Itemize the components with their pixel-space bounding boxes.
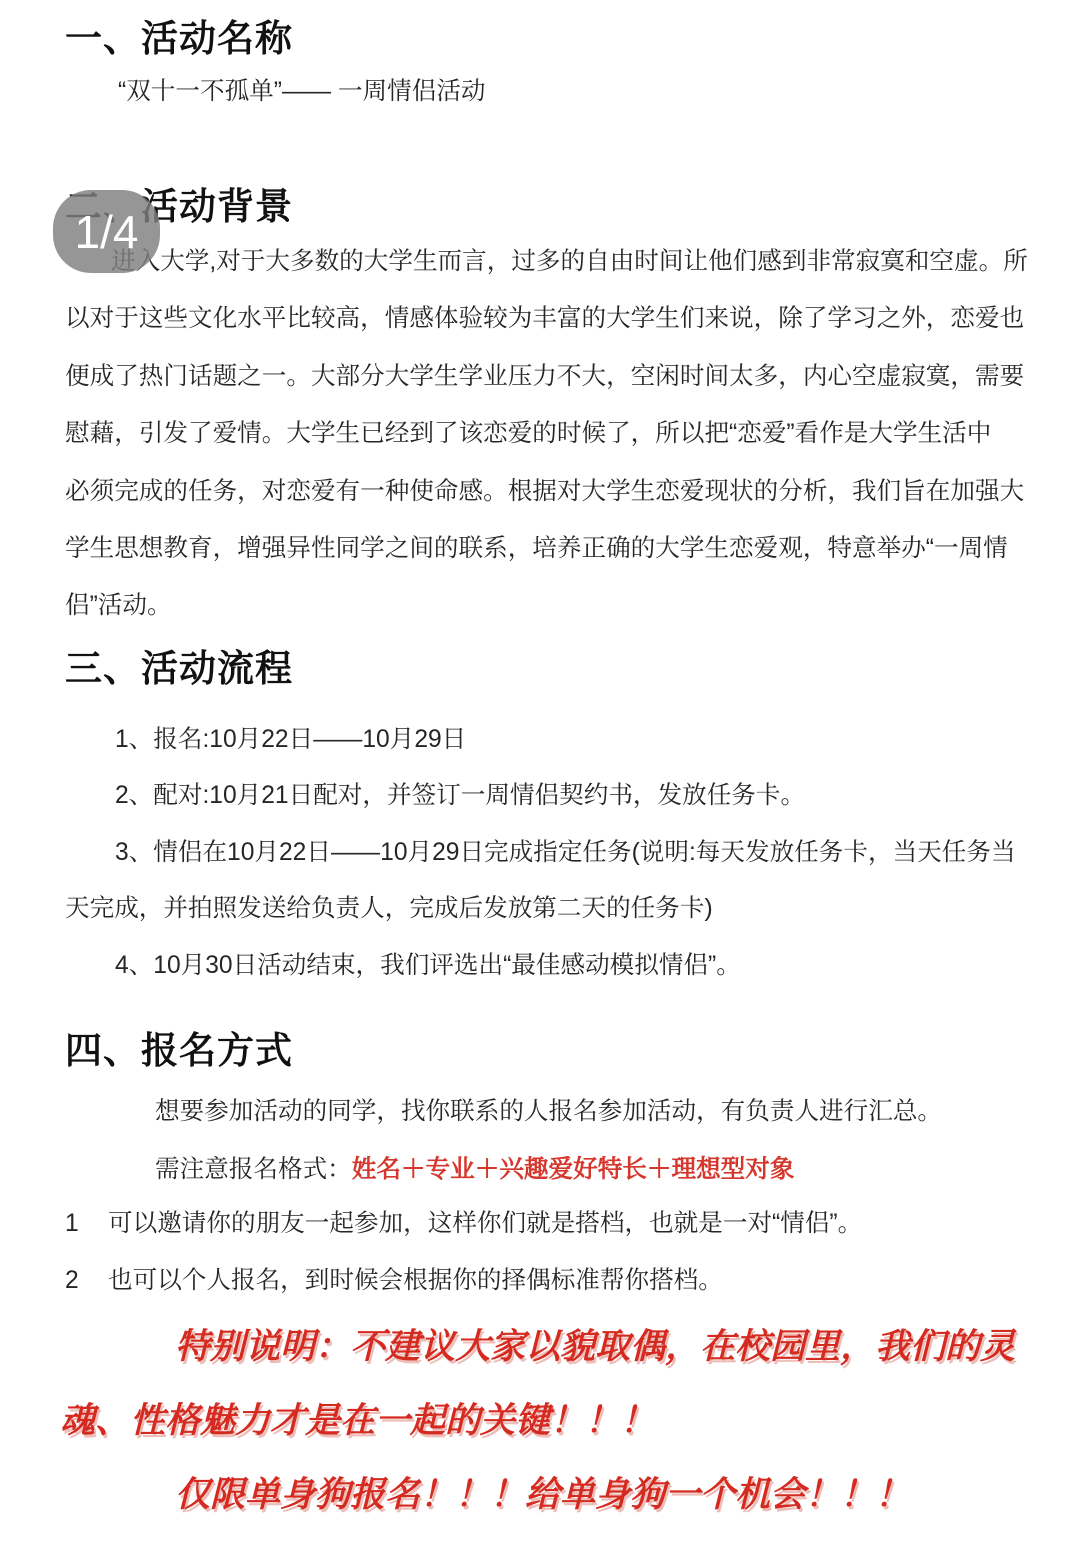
signup-format-label: 需注意报名格式： <box>155 1156 352 1183</box>
signup-item-text: 也可以个人报名，到时候会根据你的择偶标准帮你搭档。 <box>108 1269 723 1294</box>
notice-line: 魂、性格魅力才是在一起的关键！！！ <box>0 1384 1080 1458</box>
paragraph-line: 以对于这些文化水平比较高，情感体验较为丰富的大学生们来说，除了学习之外，恋爱也 <box>65 290 1055 347</box>
signup-item-number: 1 <box>65 1212 108 1237</box>
process-list: 1、报名:10月22日——10月29日 2、配对:10月21日配对，并签订一周情… <box>65 712 1055 994</box>
process-step-continuation: 天完成，并拍照发送给负责人，完成后发放第二天的任务卡) <box>65 881 1055 937</box>
signup-item-row: 2 也可以个人报名，到时候会根据你的择偶标准帮你搭档。 <box>65 1269 1055 1294</box>
paragraph-line: 侣”活动。 <box>65 577 1055 634</box>
process-step: 3、情侣在10月22日——10月29日完成指定任务(说明:每天发放任务卡，当天任… <box>65 825 1055 881</box>
process-step: 4、10月30日活动结束，我们评选出“最佳感动模拟情侣”。 <box>65 938 1055 994</box>
section-heading-process: 三、活动流程 <box>65 648 293 691</box>
background-paragraph: 进入大学,对于大多数的大学生而言，过多的自由时间让他们感到非常寂寞和空虚。所 以… <box>65 233 1055 635</box>
signup-format-line: 需注意报名格式：姓名＋专业＋兴趣爱好特长＋理想型对象 <box>155 1158 794 1183</box>
paragraph-line: 进入大学,对于大多数的大学生而言，过多的自由时间让他们感到非常寂寞和空虚。所 <box>65 233 1055 290</box>
paragraph-line: 必须完成的任务，对恋爱有一种使命感。根据对大学生恋爱现状的分析，我们旨在加强大 <box>65 463 1055 520</box>
special-notice-banner: 特别说明：不建议大家以貌取偶，在校园里，我们的灵 魂、性格魅力才是在一起的关键！… <box>0 1310 1080 1532</box>
paragraph-line: 学生思想教育，增强异性同学之间的联系，培养正确的大学生恋爱观，特意举办“一周情 <box>65 520 1055 577</box>
activity-title-text: “双十一不孤单”—— 一周情侣活动 <box>118 80 486 105</box>
signup-intro-text: 想要参加活动的同学，找你联系的人报名参加活动，有负责人进行汇总。 <box>155 1100 942 1125</box>
paragraph-line: 慰藉，引发了爱情。大学生已经到了该恋爱的时候了，所以把“恋爱”看作是大学生活中 <box>65 405 1055 462</box>
section-heading-signup: 四、报名方式 <box>65 1030 293 1073</box>
signup-item-text: 可以邀请你的朋友一起参加，这样你们就是搭档，也就是一对“情侣”。 <box>108 1212 862 1237</box>
page-indicator-label: 1/4 <box>75 209 139 255</box>
notice-line: 仅限单身狗报名！！！给单身狗一个机会！！！ <box>0 1458 1080 1532</box>
process-step: 2、配对:10月21日配对，并签订一周情侣契约书，发放任务卡。 <box>65 768 1055 824</box>
process-step: 1、报名:10月22日——10月29日 <box>65 712 1055 768</box>
paragraph-line: 便成了热门话题之一。大部分大学生学业压力不大，空闲时间太多，内心空虚寂寞，需要 <box>65 348 1055 405</box>
signup-format-value: 姓名＋专业＋兴趣爱好特长＋理想型对象 <box>352 1156 795 1183</box>
notice-line: 特别说明：不建议大家以貌取偶，在校园里，我们的灵 <box>0 1310 1080 1384</box>
page-indicator-badge: 1/4 <box>53 190 160 273</box>
section-heading-activity-name: 一、活动名称 <box>65 18 293 61</box>
document-page[interactable]: 一、活动名称 “双十一不孤单”—— 一周情侣活动 二、活动背景 1/4 进入大学… <box>0 0 1080 1547</box>
signup-item-number: 2 <box>65 1269 108 1294</box>
signup-item-row: 1 可以邀请你的朋友一起参加，这样你们就是搭档，也就是一对“情侣”。 <box>65 1212 1055 1237</box>
